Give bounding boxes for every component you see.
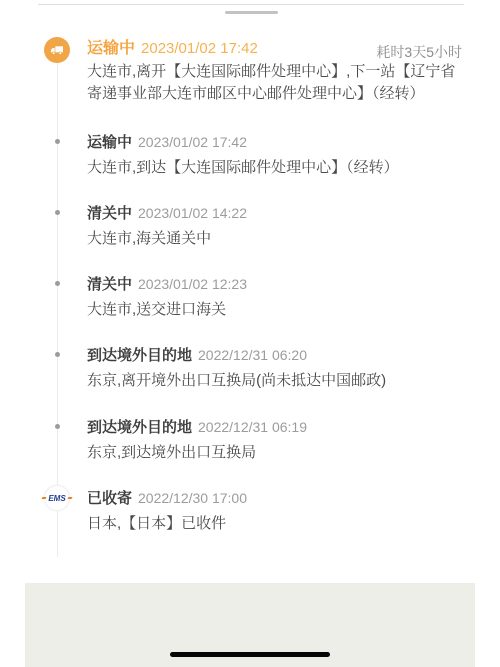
entry-date: 2022/12/31 06:19 <box>198 419 307 435</box>
bottom-system-bar <box>25 583 475 667</box>
entry-description: 东京,离开境外出口互换局(尚未抵达中国邮政) <box>87 370 467 392</box>
home-indicator[interactable] <box>170 652 330 657</box>
entry-date: 2023/01/02 17:42 <box>138 134 247 150</box>
entry-status: 清关中 <box>87 276 132 293</box>
elapsed-time-label: 耗时3天5小时 <box>376 42 462 62</box>
sheet-top-divider <box>38 4 464 5</box>
ems-logo-icon: EMS <box>44 485 70 511</box>
ems-logo-text: EMS <box>48 494 65 503</box>
entry-status: 已收寄 <box>87 490 132 507</box>
entry-description: 东京,到达境外出口互换局 <box>87 442 467 464</box>
entry-title-row: 清关中2023/01/02 12:23 <box>87 276 467 293</box>
entry-description: 日本,【日本】已收件 <box>87 513 467 535</box>
entry-title-row: 到达境外目的地2022/12/31 06:20 <box>87 347 467 364</box>
tracking-entry: 清关中2023/01/02 12:23 大连市,送交进口海关 <box>87 276 467 321</box>
entry-description: 大连市,送交进口海关 <box>87 299 467 321</box>
entry-status: 运输中 <box>87 40 135 57</box>
entry-date: 2022/12/31 06:20 <box>198 347 307 363</box>
tracking-entry: 清关中2023/01/02 14:22 大连市,海关通关中 <box>87 205 467 250</box>
entry-description: 大连市,到达【大连国际邮件处理中心】（经转） <box>87 157 467 179</box>
entry-status: 到达境外目的地 <box>87 419 192 436</box>
entry-title-row: 清关中2023/01/02 14:22 <box>87 205 467 222</box>
tracking-entry: EMS 已收寄2022/12/30 17:00 日本,【日本】已收件 <box>87 490 467 535</box>
timeline-dot <box>55 139 60 144</box>
entry-title-row: 到达境外目的地2022/12/31 06:19 <box>87 419 467 436</box>
entry-title-row: 运输中2023/01/02 17:42 <box>87 40 258 58</box>
entry-description: 大连市,离开【大连国际邮件处理中心】,下一站【辽宁省寄递事业部大连市邮区中心邮件… <box>87 61 465 105</box>
entry-title-row: 运输中2023/01/02 17:42 <box>87 134 467 151</box>
entry-title-row: 已收寄2022/12/30 17:00 <box>87 490 467 507</box>
entry-status: 运输中 <box>87 134 132 151</box>
entry-date: 2023/01/02 14:22 <box>138 205 247 221</box>
entry-date: 2022/12/30 17:00 <box>138 490 247 506</box>
tracking-sheet: 运输中2023/01/02 17:42 耗时3天5小时 大连市,离开【大连国际邮… <box>0 0 500 667</box>
tracking-entry: 到达境外目的地2022/12/31 06:20 东京,离开境外出口互换局(尚未抵… <box>87 347 467 392</box>
entry-date: 2023/01/02 17:42 <box>141 40 258 57</box>
drag-handle-icon[interactable] <box>225 11 278 14</box>
timeline-dot <box>55 352 60 357</box>
tracking-entry: 到达境外目的地2022/12/31 06:19 东京,到达境外出口互换局 <box>87 419 467 464</box>
entry-description: 大连市,海关通关中 <box>87 228 467 250</box>
tracking-entry: 运输中2023/01/02 17:42 大连市,到达【大连国际邮件处理中心】（经… <box>87 134 467 179</box>
truck-icon <box>44 37 70 63</box>
timeline-line <box>57 63 58 557</box>
entry-status: 到达境外目的地 <box>87 347 192 364</box>
timeline-dot <box>55 281 60 286</box>
entry-date: 2023/01/02 12:23 <box>138 276 247 292</box>
timeline-dot <box>55 210 60 215</box>
timeline-dot <box>55 424 60 429</box>
entry-status: 清关中 <box>87 205 132 222</box>
